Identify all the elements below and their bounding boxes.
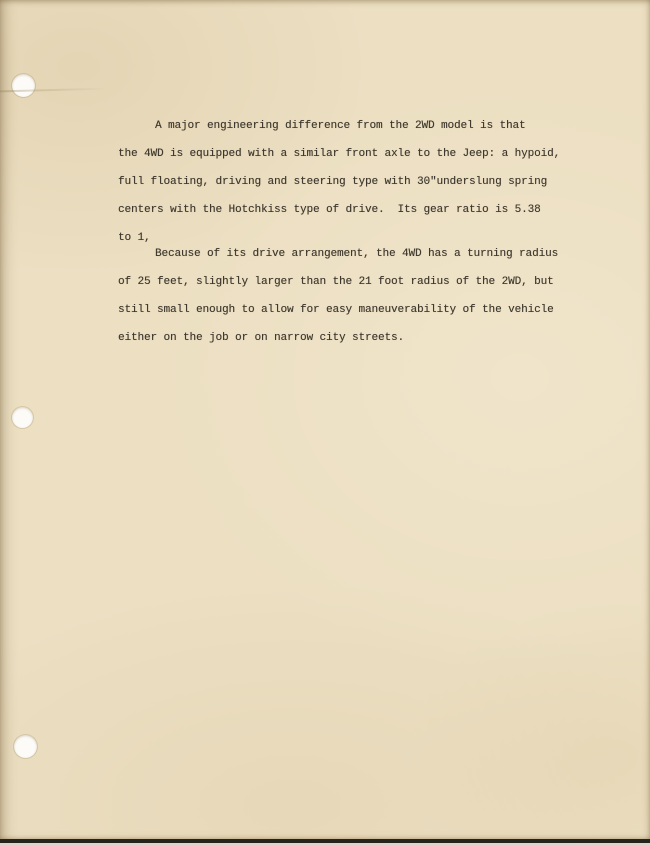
paragraph-turning-radius: Because of its drive arrangement, the 4W… — [118, 240, 588, 352]
text-line: either on the job or on narrow city stre… — [118, 324, 588, 352]
punch-hole-middle — [12, 407, 33, 428]
text-line: of 25 feet, slightly larger than the 21 … — [118, 268, 588, 296]
scan-bottom-edge — [0, 839, 650, 843]
text-line: full floating, driving and steering type… — [118, 168, 588, 196]
text-line: still small enough to allow for easy man… — [118, 296, 588, 324]
text-line: A major engineering difference from the … — [118, 112, 588, 140]
punch-hole-bottom — [14, 735, 37, 758]
text-line: the 4WD is equipped with a similar front… — [118, 140, 588, 168]
punch-hole-top — [12, 74, 35, 97]
text-line: centers with the Hotchkiss type of drive… — [118, 196, 588, 224]
paragraph-axle-description: A major engineering difference from the … — [118, 112, 588, 252]
document-scan: A major engineering difference from the … — [0, 0, 650, 846]
paper-sheet: A major engineering difference from the … — [0, 0, 650, 839]
text-line: Because of its drive arrangement, the 4W… — [118, 240, 588, 268]
